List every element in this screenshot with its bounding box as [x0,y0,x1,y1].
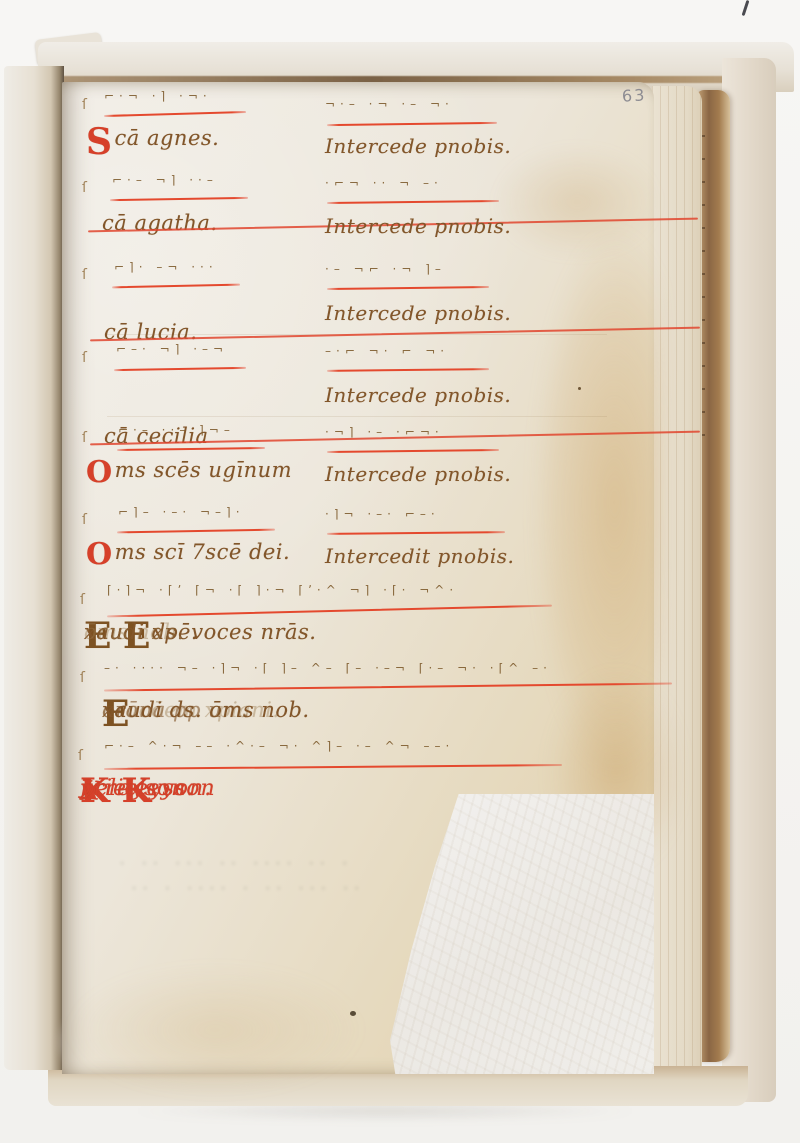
neume-marks: ⌐–· ¬⌉ ·–¬ [116,343,228,355]
repair-patch [390,794,654,1074]
neume-marks: ·– ¬⌐ ·¬ ⌉– [325,263,446,275]
neume-marks: ⌐⌉· –¬ ··· [114,261,218,273]
neume-marks: ⌐·– ··– ⌉¬– [118,424,235,436]
neume-marks: ¬·– ·¬ ·– ¬· [325,98,454,110]
corner-mark [742,0,750,16]
facing-page-edge [4,66,64,1070]
staff-line [327,531,505,535]
show-through-marks: ·· · ···· · ·· ··· ·· [132,882,366,897]
clef-mark: ſ [82,350,87,366]
response-text: Intercede pnobis. [325,303,511,323]
staff-line [327,368,489,372]
response-text: Intercede pnobis. [325,216,511,236]
ruling-line [107,416,607,417]
neume-marks: ⌐·– ¬⌉ ··– [112,174,218,186]
staff-line [107,605,552,618]
neume-marks: –·⌐ ¬· ⌐ ¬· [325,345,449,357]
clef-mark: ſ [80,592,85,608]
invocation-text: Scā agnes. [86,128,115,156]
invocation-label: ms scēs ugīnum [115,460,292,481]
invocation-text: cā lucia. [104,322,696,343]
initial-letter: S [86,121,113,163]
clef-mark: ſ [82,97,87,113]
show-through-marks: · ·· ··· ·· ···· ·· · [120,857,354,872]
initial-letter: O [86,455,113,490]
clef-mark: ſ [78,748,83,764]
pricking-marks [702,135,705,445]
invocation-label: ms scī 7scē dei. [115,542,291,563]
staff-line [110,197,248,201]
neume-marks: ⌐·– ^·¬ –– ·^·– ¬· ^⌉– ·– ^¬ ––· [104,740,454,752]
staff-line [112,284,240,289]
clef-mark: ſ [82,430,87,446]
neume-marks: ·⌐¬ ·· ¬ –· [325,177,443,189]
folio-number: 63 [622,85,647,105]
staff-line [114,367,246,371]
staff-line [117,529,275,534]
chant-segment-faded: ōms nob. [84,622,184,643]
exaudi-line-2: oracōem xpiani.Exaudi ds. ōms nob.orōna … [102,700,132,725]
book-cover-right [722,58,776,1102]
invocation-text: Oms scī 7scē dei. [86,542,115,566]
invocation-label: cā agnes. [115,128,220,149]
kyrie-line: Kyrieleyson.Xpeleyson.Kyrrieleyson [80,778,154,802]
kyrie-segment: yrrieleyson [80,778,216,800]
stain-patch [62,942,402,1102]
invocation-text: Oms scēs ugīnum [86,460,115,484]
staff-line [104,111,246,117]
staff-line [327,449,499,453]
ink-speck [350,1011,356,1016]
neume-marks: –· ···· ¬– ·⌉¬ ·⌈ ⌉– ^– ⌈– ·–¬ ⌈·– ¬· ·⌈… [104,662,552,674]
response-text: Intercedit pnobis. [325,546,514,566]
neume-marks: ⌐·¬ ·⌉ ·¬· [104,90,212,102]
neume-marks: ⌈·⌉¬ ·⌈ʼ ⌈¬ ·⌈ ⌉·¬ ⌈ʼ·^ ¬⌉ ·⌈· ¬^· [107,584,458,596]
staff-line [327,286,489,290]
neume-marks: ·¬⌉ ·– ·⌐¬· [325,426,444,438]
neume-marks: ·⌉¬ ·–· ⌐–· [325,508,440,520]
ink-speck [578,387,581,390]
clef-mark: ſ [80,670,85,686]
response-text: Intercede pnobis. [325,136,511,156]
chant-segment-faded: orōna pp um. [102,700,250,721]
staff-line [327,122,497,126]
clef-mark: ſ [82,512,87,528]
exaudi-line-1: Exaudi ds. voces nrās.Exaudi xpē.ōms nob… [84,622,153,647]
clef-mark: ſ [82,267,87,283]
response-text: Intercede pnobis. [325,464,511,484]
manuscript-photo: 63 ſ ⌐·¬ ·⌉ ·¬· Scā agnes. ¬·– ·¬ ·– ¬· … [0,0,800,1143]
response-text: Intercede pnobis. [325,385,511,405]
neume-marks: ⌐⌉– ·–· ¬–⌉· [118,506,245,518]
parchment-page: 63 ſ ⌐·¬ ·⌉ ·¬· Scā agnes. ¬·– ·¬ ·– ¬· … [62,82,654,1074]
initial-letter: O [86,537,113,572]
clef-mark: ſ [82,180,87,196]
